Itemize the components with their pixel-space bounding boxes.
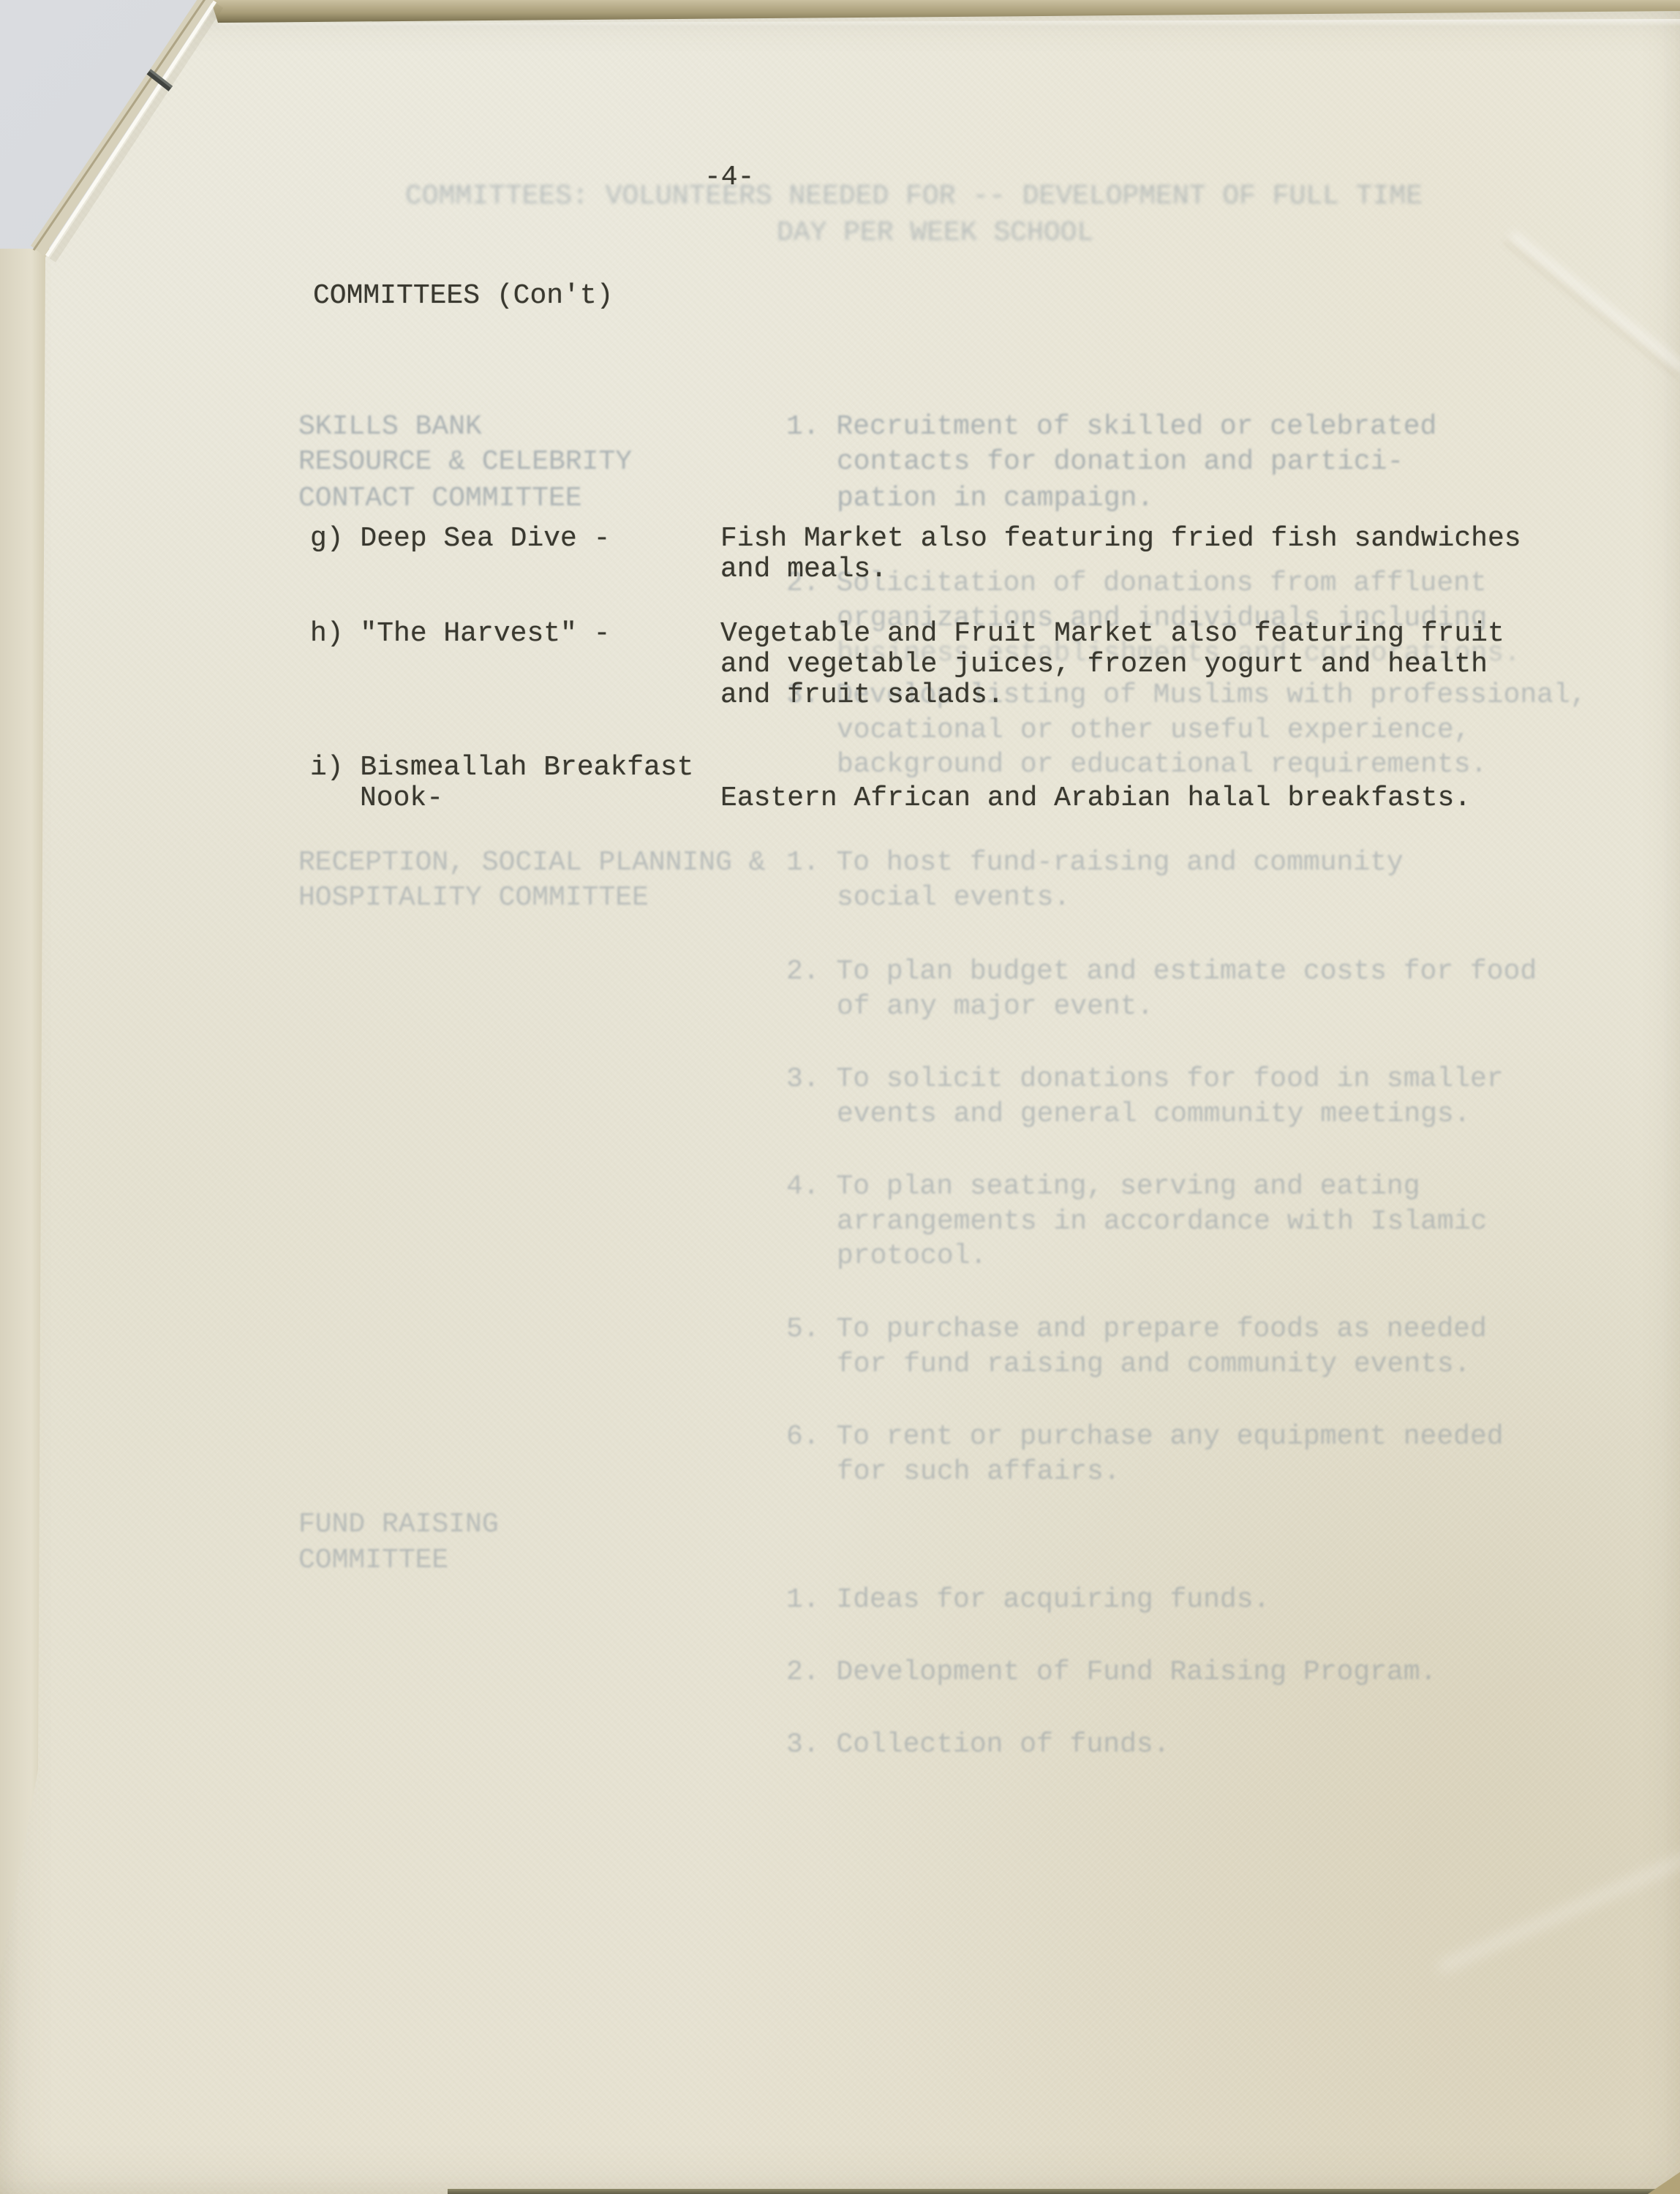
entry-h-desc-line-2: and vegetable juices, frozen yogurt and … (720, 649, 1488, 680)
ghost-reception-item-1-line-2: social events. (837, 883, 1070, 913)
ghost-skills-title-2: RESOURCE & CELEBRITY (298, 447, 632, 478)
ghost-reception-title-2: HOSPITALITY COMMITTEE (298, 883, 649, 913)
ghost-reception-item-4-line-2: arrangements in accordance with Islamic (837, 1207, 1487, 1237)
ghost-skills-item-1-line-1: 1. Recruitment of skilled or celebrated (786, 412, 1436, 442)
entry-g-label: g) Deep Sea Dive - (310, 524, 610, 554)
ghost-skills-item-3-line-2: vocational or other useful experience, (837, 715, 1471, 746)
ghost-fundraising-item-2: 2. Development of Fund Raising Program. (786, 1657, 1436, 1688)
entry-h-label: h) "The Harvest" - (310, 619, 610, 649)
entry-i-desc-line-1: Eastern African and Arabian halal breakf… (720, 783, 1471, 814)
ghost-header-line-2: DAY PER WEEK SCHOOL (777, 218, 1093, 249)
ghost-reception-item-2-line-2: of any major event. (837, 992, 1153, 1022)
ghost-reception-item-4-line-3: protocol. (837, 1241, 987, 1272)
entry-h-desc-line-3: and fruit salads. (720, 680, 1004, 711)
entry-g-desc-line-1: Fish Market also featuring fried fish sa… (720, 524, 1521, 554)
ghost-skills-item-2-line-1: 2. Solicitation of donations from afflue… (786, 568, 1487, 599)
entry-i-label-line-1: i) Bismeallah Breakfast (310, 753, 694, 783)
ghost-reception-item-5-line-1: 5. To purchase and prepare foods as need… (786, 1314, 1487, 1345)
ghost-skills-item-1-line-3: pation in campaign. (837, 483, 1153, 514)
entry-g-desc-line-2: and meals. (720, 554, 887, 585)
ghost-reception-item-5-line-2: for fund raising and community events. (837, 1349, 1471, 1380)
ghost-reception-item-6-line-2: for such affairs. (837, 1457, 1120, 1488)
ghost-reception-item-6-line-1: 6. To rent or purchase any equipment nee… (786, 1422, 1504, 1452)
ghost-reception-item-4-line-1: 4. To plan seating, serving and eating (786, 1172, 1420, 1202)
entry-h-desc-line-1: Vegetable and Fruit Market also featurin… (720, 619, 1504, 649)
page-number: -4- (704, 162, 754, 193)
entry-i-label-line-2: Nook- (360, 783, 443, 814)
ghost-header-line-1: COMMITTEES: VOLUNTEERS NEEDED FOR -- DEV… (405, 181, 1423, 212)
ghost-reception-title-1: RECEPTION, SOCIAL PLANNING & (298, 848, 766, 878)
ghost-reception-item-3-line-2: events and general community meetings. (837, 1099, 1471, 1130)
ghost-skills-title-1: SKILLS BANK (298, 412, 482, 442)
ghost-reception-item-2-line-1: 2. To plan budget and estimate costs for… (786, 957, 1537, 987)
ghost-skills-item-1-line-2: contacts for donation and partici- (837, 447, 1404, 478)
ghost-skills-item-3-line-3: background or educational requirements. (837, 750, 1487, 780)
ghost-fundraising-title-1: FUND RAISING (298, 1509, 499, 1540)
ghost-fundraising-item-1: 1. Ideas for acquiring funds. (786, 1585, 1270, 1616)
typewritten-text-layer: COMMITTEES: VOLUNTEERS NEEDED FOR -- DEV… (0, 0, 1680, 2194)
ghost-fundraising-item-3: 3. Collection of funds. (786, 1730, 1170, 1760)
ghost-skills-title-3: CONTACT COMMITTEE (298, 483, 582, 514)
scanned-document: { "page": { "number": "-4-", "heading": … (0, 0, 1680, 2194)
ghost-reception-item-3-line-1: 3. To solicit donations for food in smal… (786, 1064, 1504, 1095)
section-heading: COMMITTEES (Con't) (313, 281, 613, 312)
ghost-fundraising-title-2: COMMITTEE (298, 1545, 448, 1576)
ghost-reception-item-1-line-1: 1. To host fund-raising and community (786, 848, 1404, 878)
